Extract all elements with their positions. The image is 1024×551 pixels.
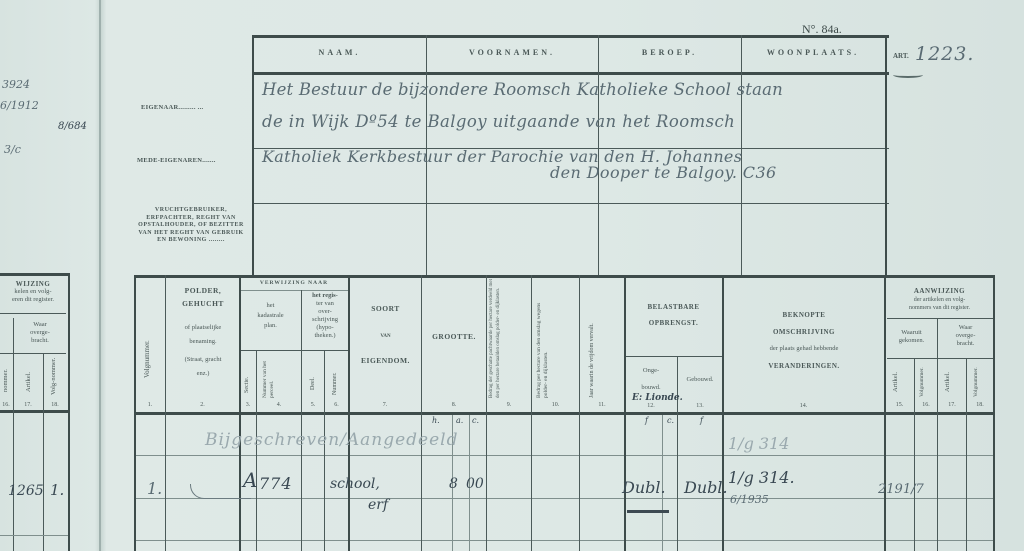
unit-guilder: f [645, 416, 648, 425]
header-woonplaats: WOONPLAATS. [741, 48, 885, 57]
article-number: 1223. [915, 43, 974, 65]
left-aanwijzing-line: kelen en volg- [0, 288, 66, 296]
header-vrijdom: Jaar waarin de vrijdom vervalt. [588, 288, 596, 398]
row-sectie: A [243, 468, 257, 492]
left-row-value: 1265 [8, 483, 44, 499]
header-ongebouwd: bouwd. [626, 384, 676, 392]
owner-handwriting-line1: Het Bestuur de bijzondere Roomsch Kathol… [262, 80, 783, 99]
unit-centiare: c. [472, 416, 479, 425]
header-polder: POLDER, [167, 287, 239, 295]
header-register: (hypo- [302, 324, 348, 332]
label-mede-eigenaren: MEDE-EIGENAREN....... [137, 157, 216, 164]
left-col-number: 16. [0, 402, 12, 408]
unit-guilder-gebouwd: f [700, 416, 703, 425]
header-naam: NAAM. [253, 48, 426, 57]
unit-hectare: h. [432, 416, 440, 425]
header-plaats-gehad: der plaats gehad hebbende [724, 345, 884, 353]
header-straat: (Straat, gracht [167, 356, 239, 364]
row-change-faint: 1/g 314 [728, 434, 789, 453]
column-number: 8. [422, 402, 486, 408]
column-number: 3. [240, 402, 256, 408]
left-note-4: 3/c [4, 143, 21, 156]
header-kadastrale: het [241, 302, 300, 310]
left-note-2: 6/1912 [0, 99, 39, 112]
header-waar: bracht. [938, 340, 993, 348]
header-eigendom: EIGENDOM. [350, 357, 421, 365]
header-aanwijzing-line: nommers van dit register. [886, 304, 993, 312]
header-enz: enz.) [167, 370, 239, 378]
column-number: 4. [257, 402, 301, 408]
column-number: 9. [487, 402, 531, 408]
header-beroep: BEROEP. [598, 48, 741, 57]
header-veranderingen: VERANDERINGEN. [724, 362, 884, 370]
header-van: VAN [350, 333, 421, 341]
column-number: 2. [166, 402, 239, 408]
left-waar-label: Waar [15, 321, 65, 329]
header-register: schrijving [302, 316, 348, 324]
left-row-number: 1. [50, 481, 64, 499]
header-omslag: Bedrag per hectare van den omslag wegens… [536, 288, 550, 398]
row-perceel: 774 [259, 474, 293, 493]
header-waar: overge- [938, 332, 993, 340]
header-plaatselijke: of plaatselijke [167, 324, 239, 332]
label-vruchtgebruiker: VRUCHTGEBRUIKER, ERFPACHTER, REGHT VAN O… [134, 207, 248, 245]
owner-handwriting-line2: de in Wijk Dº54 te Balgoy uitgaande van … [262, 112, 735, 131]
row-volgnummer: 1. [147, 479, 162, 498]
page-fold [99, 0, 101, 551]
header-gebouwd: Gebouwd. [678, 376, 722, 384]
header-kadastrale: kadastrale [241, 312, 300, 320]
row-change-2: 6/1935 [730, 493, 769, 506]
row-change-1: 1/g 314. [728, 468, 795, 487]
page-fold-shadow [101, 0, 106, 551]
header-waar: Waar [938, 324, 993, 332]
header-register: over- [302, 308, 348, 316]
left-col-label: nommer. [2, 369, 10, 392]
header-volgnummer-16: Volgnummer. [918, 367, 926, 397]
left-waar-label: bracht. [15, 337, 65, 345]
header-pachtwaarde: Bedrag der geschatte pachtwaarde per hec… [489, 278, 502, 398]
header-gehucht: GEHUCHT [167, 300, 239, 308]
ditto-stroke [190, 484, 251, 499]
header-opbrengst: OPBRENGST. [625, 319, 722, 327]
column-number: 17. [938, 402, 966, 408]
column-number: 16. [915, 402, 937, 408]
unit-are: a. [456, 416, 463, 425]
header-waaruit: gekomen. [886, 337, 937, 345]
header-register: het regis- [302, 292, 348, 300]
header-register: theken.) [302, 332, 348, 340]
column-number: 6. [325, 402, 348, 408]
unit-cent: c. [667, 416, 674, 425]
article-label: ART. [893, 52, 909, 60]
co-owner-handwriting-line2: den Dooper te Balgoy. C36 [550, 163, 777, 182]
header-omschrijving: OMSCHRIJVING [724, 328, 884, 336]
header-benaming: benaming. [167, 338, 239, 346]
header-volgnummer-18: Volgnummer. [972, 367, 980, 397]
article-flourish [893, 72, 923, 78]
header-perceel: Nummer van het perceel. [262, 352, 276, 398]
column-number: 1. [135, 402, 165, 408]
header-artikel-15: Artikel. [892, 372, 900, 392]
header-grootte: GROOTTE. [422, 333, 486, 341]
column-number: 7. [349, 402, 421, 408]
left-col-number: 17. [20, 402, 36, 408]
header-beknopte: BEKNOPTE [724, 311, 884, 319]
header-soort: SOORT [350, 305, 421, 313]
left-aanwijzing-line: eren dit register. [0, 296, 66, 304]
row-soort: school, [330, 476, 380, 492]
header-verwijzing: VERWIJZING NAAR [240, 279, 348, 287]
row-gebouwd: Dubl. [684, 478, 728, 497]
row-ongebouwd: Dubl. [622, 478, 666, 497]
header-ongebouwd: Onge- [626, 367, 676, 375]
column-number: 10. [532, 402, 579, 408]
left-col-label: Volg-nommer. [50, 358, 58, 395]
left-waar-label: overge- [15, 329, 65, 337]
left-col-label: Artikel. [25, 372, 33, 392]
column-number: 5. [302, 402, 324, 408]
header-volgnummer: Volgnummer. [143, 340, 151, 378]
column-number: 15. [885, 402, 914, 408]
left-col-number: 18. [47, 402, 63, 408]
header-nummer: Nummer. [331, 373, 339, 396]
header-aanwijzing: AANWIJZING [886, 287, 993, 295]
row-grootte-are: 8 [449, 476, 458, 492]
column-number: 13. [678, 403, 722, 409]
header-artikel-17: Artikel. [944, 372, 952, 392]
row-waar-artikel: 2191/7 [878, 482, 924, 497]
strikethrough-mark [627, 510, 669, 513]
column-number: 14. [723, 403, 884, 409]
header-belastbare: BELASTBARE [625, 303, 722, 311]
header-waaruit: Waaruit [886, 329, 937, 337]
header-aanwijzing-line: der artikelen en volg- [886, 296, 993, 304]
header-kadastrale: plan. [241, 322, 300, 330]
faint-note: Bijgeschreven/Aangedeeld [205, 430, 459, 450]
row-grootte-centiare: 00 [466, 476, 484, 492]
header-voornamen: VOORNAMEN. [426, 48, 598, 57]
header-deel: Deel. [309, 377, 317, 390]
column-number: 18. [967, 402, 993, 408]
column-number: 11. [580, 402, 624, 408]
row-soort-extra: erf [368, 497, 388, 513]
column-number: 12. [625, 403, 677, 409]
header-register: ter van [302, 300, 348, 308]
left-note-1: 3924 [2, 78, 30, 91]
stamp-liondre: E: Lionde. [632, 393, 683, 403]
header-sectie: Sectie. [243, 377, 251, 393]
left-note-3: 8/684 [58, 121, 87, 132]
label-eigenaar: EIGENAAR......... ... [141, 104, 203, 111]
left-aanwijzing-title: WIJZING [0, 280, 66, 288]
